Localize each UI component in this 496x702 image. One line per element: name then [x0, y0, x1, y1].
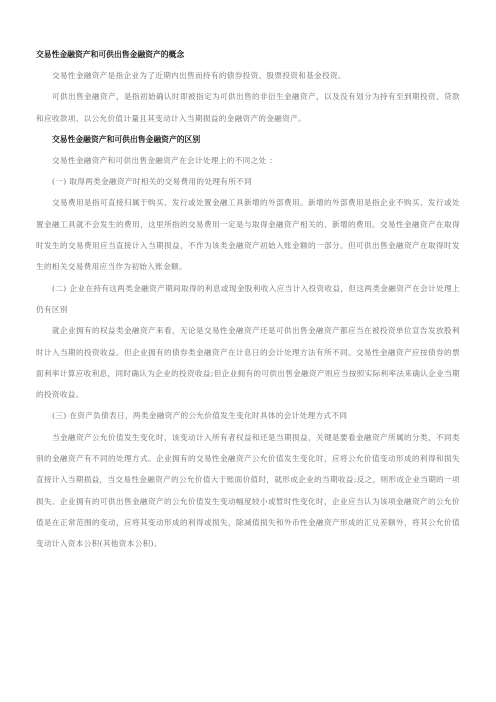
document-content: 交易性金融资产和可供出售金融资产的概念 交易性金融资产是指企业为了近期内出售而持… — [36, 44, 460, 555]
section-heading: 交易性金融资产和可供出售金融资产的区别 — [36, 129, 460, 150]
intro-paragraph-2: 可供出售金融资产，是指初始确认时即被指定为可供出售的非衍生金融资产，以及没有划分… — [36, 86, 460, 129]
item-2-heading: (二) 企业在持有这两类金融资产期间取得的利息或现金股利收入应当计入投资收益，但… — [36, 278, 460, 321]
document-title: 交易性金融资产和可供出售金融资产的概念 — [36, 44, 460, 65]
item-3-heading: (三) 在资产负债表日，两类金融资产的公允价值发生变化时具体的会计处理方式不同 — [36, 405, 460, 426]
item-3-body: 当金融资产公允价值发生变化时，该变动计入所有者权益和还是当期损益，关键是要看金融… — [36, 427, 460, 555]
intro-paragraph-1: 交易性金融资产是指企业为了近期内出售而持有的债券投资、股票投资和基金投资。 — [36, 65, 460, 86]
document-page: 交易性金融资产和可供出售金融资产的概念 交易性金融资产是指企业为了近期内出售而持… — [0, 0, 496, 702]
section-intro: 交易性金融资产和可供出售金融资产在会计处理上的不同之处 ： — [36, 150, 460, 171]
item-1-heading: (一) 取得两类金融资产时相关的交易费用的处理有所不同 — [36, 171, 460, 192]
item-1-body: 交易费用是指可直接归属于购买、发行或处置金融工具新增的外部费用。新增的外部费用是… — [36, 192, 460, 277]
item-2-body: 就企业拥有的权益类金融资产来看，无论是交易性金融资产还是可供出售金融资产都应当在… — [36, 320, 460, 405]
